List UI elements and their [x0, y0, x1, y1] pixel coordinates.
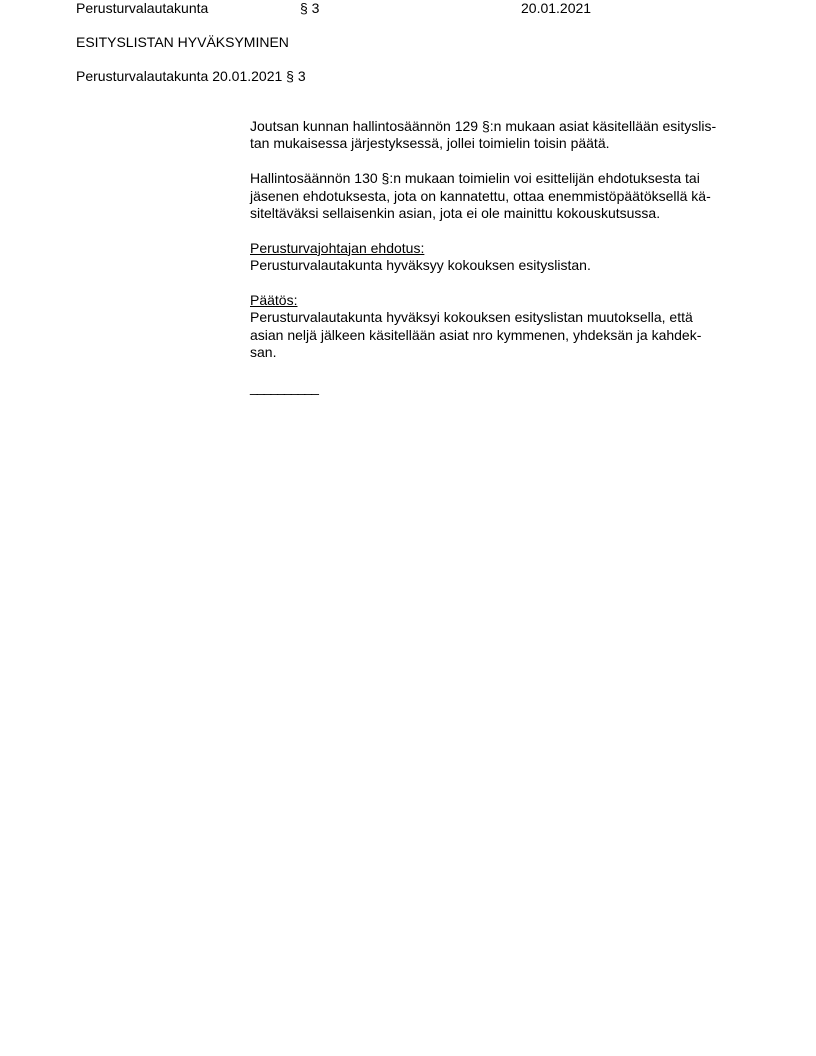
paragraph-rules-129: Joutsan kunnan hallintosäännön 129 §:n m…: [250, 118, 750, 153]
meeting-reference: Perusturvalautakunta 20.01.2021 § 3: [76, 68, 306, 85]
proposal-text: Perusturvalautakunta hyväksyy kokouksen …: [250, 257, 750, 274]
document-body: Joutsan kunnan hallintosäännön 129 §:n m…: [250, 118, 750, 414]
text-line: Joutsan kunnan hallintosäännön 129 §:n m…: [250, 118, 750, 135]
header-section: § 3: [300, 0, 319, 17]
paragraph-rules-130: Hallintosäännön 130 §:n mukaan toimielin…: [250, 170, 750, 222]
decision-heading: Päätös:: [250, 292, 750, 309]
header-date: 20.01.2021: [521, 0, 591, 17]
text-line: asian neljä jälkeen käsitellään asiat nr…: [250, 327, 750, 344]
end-rule-section: __________: [250, 379, 750, 396]
text-line: tan mukaisessa järjestyksessä, jollei to…: [250, 135, 750, 152]
text-line: Hallintosäännön 130 §:n mukaan toimielin…: [250, 170, 750, 187]
proposal-heading: Perusturvajohtajan ehdotus:: [250, 240, 750, 257]
text-line: san.: [250, 344, 750, 361]
text-line: siteltäväksi sellaisenkin asian, jota ei…: [250, 205, 750, 222]
document-title: ESITYSLISTAN HYVÄKSYMINEN: [76, 34, 289, 51]
decision-section: Päätös: Perusturvalautakunta hyväksyi ko…: [250, 292, 750, 362]
proposal-section: Perusturvajohtajan ehdotus: Perusturvala…: [250, 240, 750, 275]
header-committee: Perusturvalautakunta: [76, 0, 208, 17]
end-rule: __________: [250, 379, 750, 396]
text-line: jäsenen ehdotuksesta, jota on kannatettu…: [250, 188, 750, 205]
text-line: Perusturvalautakunta hyväksyi kokouksen …: [250, 309, 750, 326]
